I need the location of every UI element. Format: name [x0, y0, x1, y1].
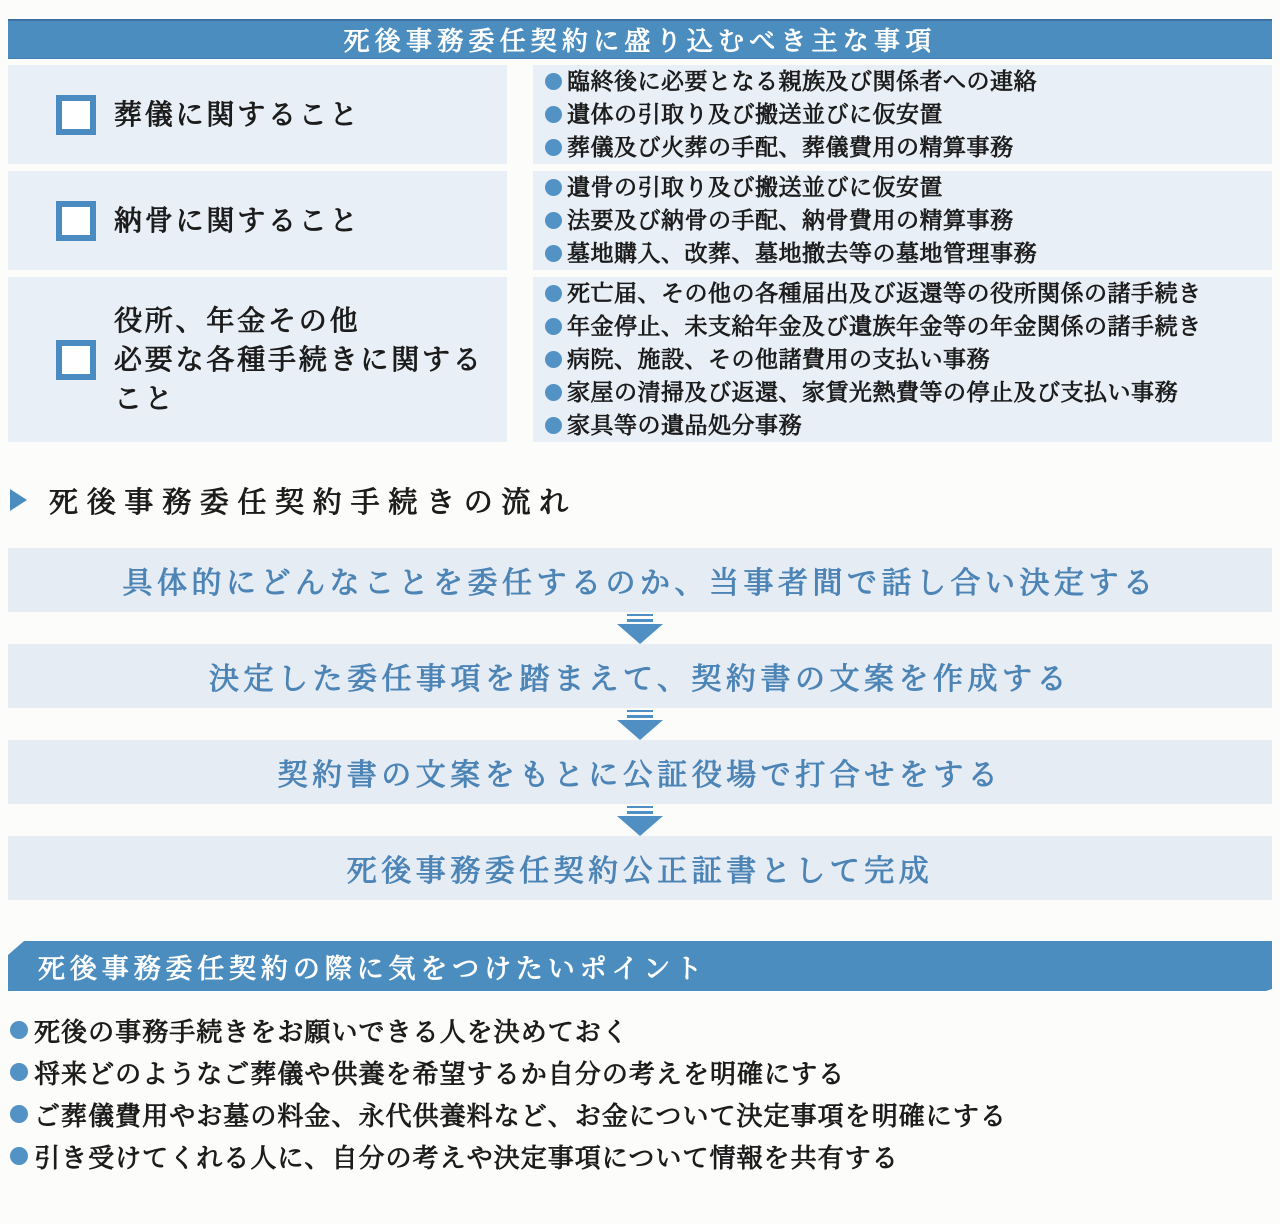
flow-step: 決定した委任事項を踏まえて、契約書の文案を作成する: [8, 644, 1272, 740]
point-item-text: ご葬儀費用やお墓の料金、永代供養料など、お金について決定事項を明確にする: [34, 1096, 1007, 1133]
document-page: 死後事務委任契約に盛り込むべき主な事項 葬儀に関すること: [0, 0, 1280, 1177]
detail-bullet-item: 遺骨の引取り及び搬送並びに仮安置: [545, 171, 1272, 204]
bullet-dot-icon: [10, 1021, 28, 1039]
detail-bullet-item: 病院、施設、その他諸費用の支払い事務: [545, 343, 1272, 376]
point-item: 将来どのようなご葬儀や供養を希望するか自分の考えを明確にする: [10, 1051, 1272, 1093]
bullet-dot-icon: [10, 1147, 28, 1165]
category-label: 役所、年金その他 必要な各種手続きに関すること: [114, 301, 507, 419]
down-arrow-bar: [627, 619, 653, 622]
detail-bullet-text: 葬儀及び火葬の手配、葬儀費用の精算事務: [567, 131, 1014, 164]
checkbox[interactable]: [56, 201, 96, 241]
bullet-dot-icon: [545, 106, 562, 123]
detail-bullet-item: 家屋の清掃及び返還、家賃光熱費等の停止及び支払い事務: [545, 376, 1272, 409]
bullet-dot-icon: [545, 318, 562, 335]
point-item-text: 死後の事務手続きをお願いできる人を決めておく: [34, 1012, 629, 1049]
down-arrow-triangle: [617, 720, 663, 740]
down-arrow-bar: [627, 806, 653, 809]
checkbox[interactable]: [56, 95, 96, 135]
flow-section-title: 死後事務委任契約手続きの流れ: [10, 478, 1272, 522]
category-label-line2: 必要な各種手続きに関すること: [114, 340, 507, 418]
point-item-text: 将来どのようなご葬儀や供養を希望するか自分の考えを明確にする: [34, 1054, 845, 1091]
down-arrow-icon: [8, 708, 1272, 740]
table-row: 役所、年金その他 必要な各種手続きに関すること 死亡届、その他の各種届出及び返還…: [8, 277, 1272, 442]
column-divider-gap: [507, 65, 533, 164]
checkbox[interactable]: [56, 340, 96, 380]
table-row-detail-cell: 臨終後に必要となる親族及び関係者への連絡 遺体の引取り及び搬送並びに仮安置 葬儀…: [533, 65, 1272, 164]
bullet-dot-icon: [545, 179, 562, 196]
table-row-category-cell: 役所、年金その他 必要な各種手続きに関すること: [8, 277, 507, 442]
flow-step-band: 決定した委任事項を踏まえて、契約書の文案を作成する: [8, 644, 1272, 708]
down-arrow-triangle: [617, 816, 663, 836]
table-row: 葬儀に関すること 臨終後に必要となる親族及び関係者への連絡: [8, 65, 1272, 164]
detail-bullet-item: 臨終後に必要となる親族及び関係者への連絡: [545, 65, 1272, 98]
detail-bullet-text: 法要及び納骨の手配、納骨費用の精算事務: [567, 204, 1014, 237]
flow-step-band: 契約書の文案をもとに公証役場で打合せをする: [8, 740, 1272, 804]
detail-bullet-text: 死亡届、その他の各種届出及び返還等の役所関係の諸手続き: [567, 277, 1202, 310]
main-items-header-bar: 死後事務委任契約に盛り込むべき主な事項: [8, 19, 1272, 59]
points-header-title: 死後事務委任契約の際に気をつけたいポイント: [38, 947, 707, 986]
down-arrow-icon: [8, 804, 1272, 836]
flow-step: 死後事務委任契約公正証書として完成: [8, 836, 1272, 900]
table-row-detail-cell: 遺骨の引取り及び搬送並びに仮安置 法要及び納骨の手配、納骨費用の精算事務 墓地購…: [533, 171, 1272, 270]
point-item: ご葬儀費用やお墓の料金、永代供養料など、お金について決定事項を明確にする: [10, 1093, 1272, 1135]
down-arrow-bar: [627, 715, 653, 718]
down-arrow-bar: [627, 710, 653, 713]
detail-bullet-text: 病院、施設、その他諸費用の支払い事務: [567, 343, 990, 376]
bullet-dot-icon: [545, 285, 562, 302]
point-item: 引き受けてくれる人に、自分の考えや決定事項について情報を共有する: [10, 1135, 1272, 1177]
table-row-detail-cell: 死亡届、その他の各種届出及び返還等の役所関係の諸手続き 年金停止、未支給年金及び…: [533, 277, 1272, 442]
detail-bullet-text: 遺体の引取り及び搬送並びに仮安置: [567, 98, 943, 131]
bullet-dot-icon: [10, 1063, 28, 1081]
detail-bullet-text: 家屋の清掃及び返還、家賃光熱費等の停止及び支払い事務: [567, 376, 1178, 409]
column-divider-gap: [507, 171, 533, 270]
category-label: 納骨に関すること: [114, 201, 360, 240]
detail-bullet-item: 家具等の遺品処分事務: [545, 409, 1272, 442]
category-label: 葬儀に関すること: [114, 95, 360, 134]
flow-steps: 具体的にどんなことを委任するのか、当事者間で話し合い決定する 決定した委任事項を…: [8, 548, 1272, 900]
bullet-dot-icon: [545, 351, 562, 368]
category-label-line1: 納骨に関すること: [114, 201, 360, 240]
points-list: 死後の事務手続きをお願いできる人を決めておく 将来どのようなご葬儀や供養を希望す…: [8, 1009, 1272, 1177]
category-label-line1: 葬儀に関すること: [114, 95, 360, 134]
point-item: 死後の事務手続きをお願いできる人を決めておく: [10, 1009, 1272, 1051]
flow-section-title-text: 死後事務委任契約手続きの流れ: [49, 480, 577, 521]
points-header-bar: 死後事務委任契約の際に気をつけたいポイント: [8, 941, 1272, 991]
bullet-dot-icon: [545, 73, 562, 90]
detail-bullet-item: 法要及び納骨の手配、納骨費用の精算事務: [545, 204, 1272, 237]
flow-step-band: 死後事務委任契約公正証書として完成: [8, 836, 1272, 900]
flow-step-text: 死後事務委任契約公正証書として完成: [347, 846, 934, 890]
flow-step-text: 決定した委任事項を踏まえて、契約書の文案を作成する: [209, 654, 1071, 698]
flow-step: 具体的にどんなことを委任するのか、当事者間で話し合い決定する: [8, 548, 1272, 644]
detail-bullet-item: 葬儀及び火葬の手配、葬儀費用の精算事務: [545, 131, 1272, 164]
table-row-category-cell: 葬儀に関すること: [8, 65, 507, 164]
detail-bullet-item: 遺体の引取り及び搬送並びに仮安置: [545, 98, 1272, 131]
flow-step: 契約書の文案をもとに公証役場で打合せをする: [8, 740, 1272, 836]
detail-bullet-text: 年金停止、未支給年金及び遺族年金等の年金関係の諸手続き: [567, 310, 1202, 343]
bullet-dot-icon: [10, 1105, 28, 1123]
down-arrow-bar: [627, 811, 653, 814]
bullet-dot-icon: [545, 212, 562, 229]
bullet-dot-icon: [545, 417, 562, 434]
flow-step-band: 具体的にどんなことを委任するのか、当事者間で話し合い決定する: [8, 548, 1272, 612]
detail-bullet-text: 遺骨の引取り及び搬送並びに仮安置: [567, 171, 943, 204]
table-row: 納骨に関すること 遺骨の引取り及び搬送並びに仮安置: [8, 171, 1272, 270]
bullet-dot-icon: [545, 245, 562, 262]
down-arrow-icon: [8, 612, 1272, 644]
down-arrow-bar: [627, 614, 653, 617]
right-triangle-icon: [10, 489, 27, 511]
down-arrow-triangle: [617, 624, 663, 644]
detail-bullet-item: 死亡届、その他の各種届出及び返還等の役所関係の諸手続き: [545, 277, 1272, 310]
bullet-dot-icon: [545, 384, 562, 401]
detail-bullet-item: 年金停止、未支給年金及び遺族年金等の年金関係の諸手続き: [545, 310, 1272, 343]
flow-step-text: 契約書の文案をもとに公証役場で打合せをする: [278, 750, 1003, 794]
category-label-line1: 役所、年金その他: [114, 301, 507, 340]
point-item-text: 引き受けてくれる人に、自分の考えや決定事項について情報を共有する: [34, 1138, 899, 1175]
main-items-header-title: 死後事務委任契約に盛り込むべき主な事項: [344, 21, 937, 58]
main-items-table: 葬儀に関すること 臨終後に必要となる親族及び関係者への連絡: [8, 65, 1272, 442]
detail-bullet-text: 墓地購入、改葬、墓地撤去等の墓地管理事務: [567, 237, 1037, 270]
detail-bullet-item: 墓地購入、改葬、墓地撤去等の墓地管理事務: [545, 237, 1272, 270]
bullet-dot-icon: [545, 139, 562, 156]
column-divider-gap: [507, 277, 533, 442]
detail-bullet-text: 臨終後に必要となる親族及び関係者への連絡: [567, 65, 1037, 98]
flow-step-text: 具体的にどんなことを委任するのか、当事者間で話し合い決定する: [123, 558, 1158, 602]
table-row-category-cell: 納骨に関すること: [8, 171, 507, 270]
detail-bullet-text: 家具等の遺品処分事務: [567, 409, 802, 442]
